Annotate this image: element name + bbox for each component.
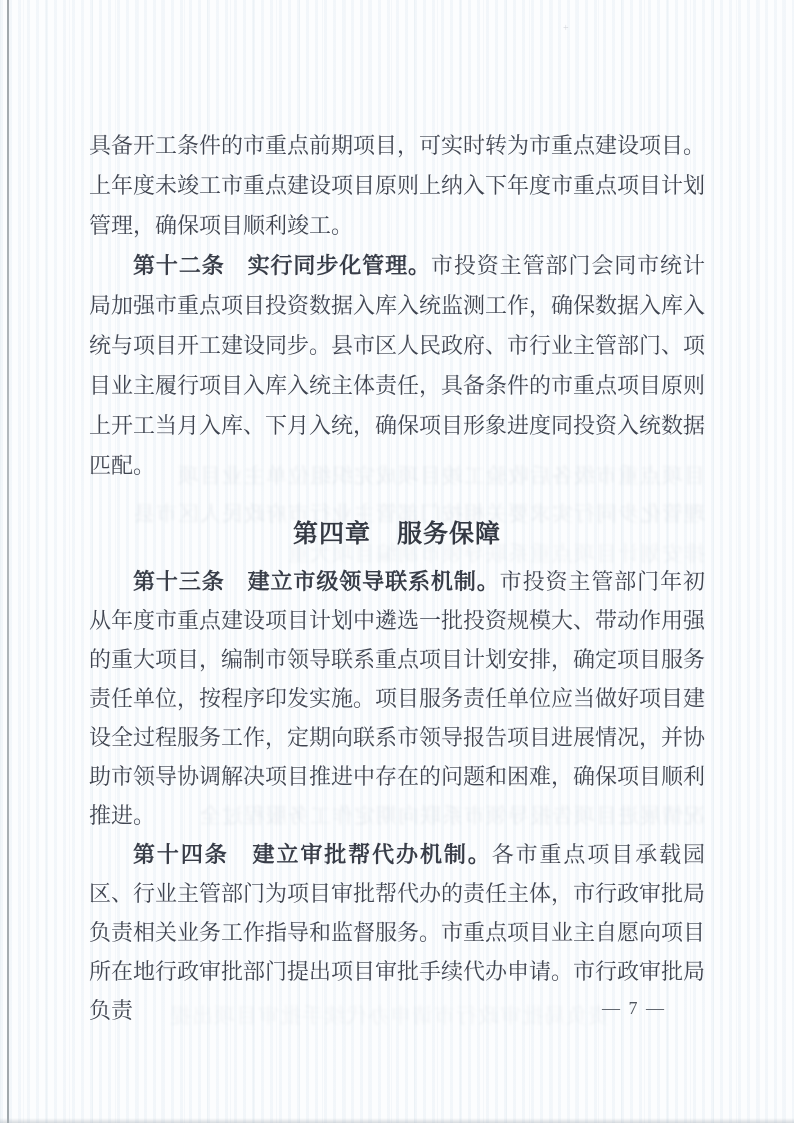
article-12-text: 市投资主管部门会同市统计局加强市重点项目投资数据入库入统监测工作，确保数据入库入… — [89, 253, 705, 478]
page-number: — 7 — — [602, 998, 666, 1019]
paragraph-article-12: 第十二条 实行同步化管理。市投资主管部门会同市统计局加强市重点项目投资数据入库入… — [89, 246, 705, 486]
article-13-text: 市投资主管部门年初从年度市重点建设项目计划中遴选一批投资规模大、带动作用强的重大… — [89, 569, 705, 828]
article-13-title: 第十三条 建立市级领导联系机制。 — [133, 569, 500, 594]
scan-edge-shadow — [0, 1118, 794, 1123]
scan-edge-line — [7, 0, 9, 1123]
paragraph-continuation: 具备开工条件的市重点前期项目，可实时转为市重点建设项目。上年度未竣工市重点建设项… — [89, 126, 705, 246]
article-14-title: 第十四条 建立审批帮代办机制。 — [133, 842, 492, 867]
article-14-text: 各市重点项目承载园区、行业主管部门为项目审批帮代办的责任主体，市行政审批局负责相… — [89, 842, 705, 1023]
document-body: 具备开工条件的市重点前期项目，可实时转为市重点建设项目。上年度未竣工市重点建设项… — [89, 0, 705, 1030]
paragraph-article-13: 第十三条 建立市级领导联系机制。市投资主管部门年初从年度市重点建设项目计划中遴选… — [89, 562, 705, 835]
article-12-title: 第十二条 实行同步化管理。 — [133, 253, 431, 278]
document-page: + 目项点重市级各后收验工竣目项成完织组位单主业目项 理管化步同行实求要关相按门… — [0, 0, 794, 1123]
chapter-heading: 第四章 服务保障 — [89, 514, 705, 554]
